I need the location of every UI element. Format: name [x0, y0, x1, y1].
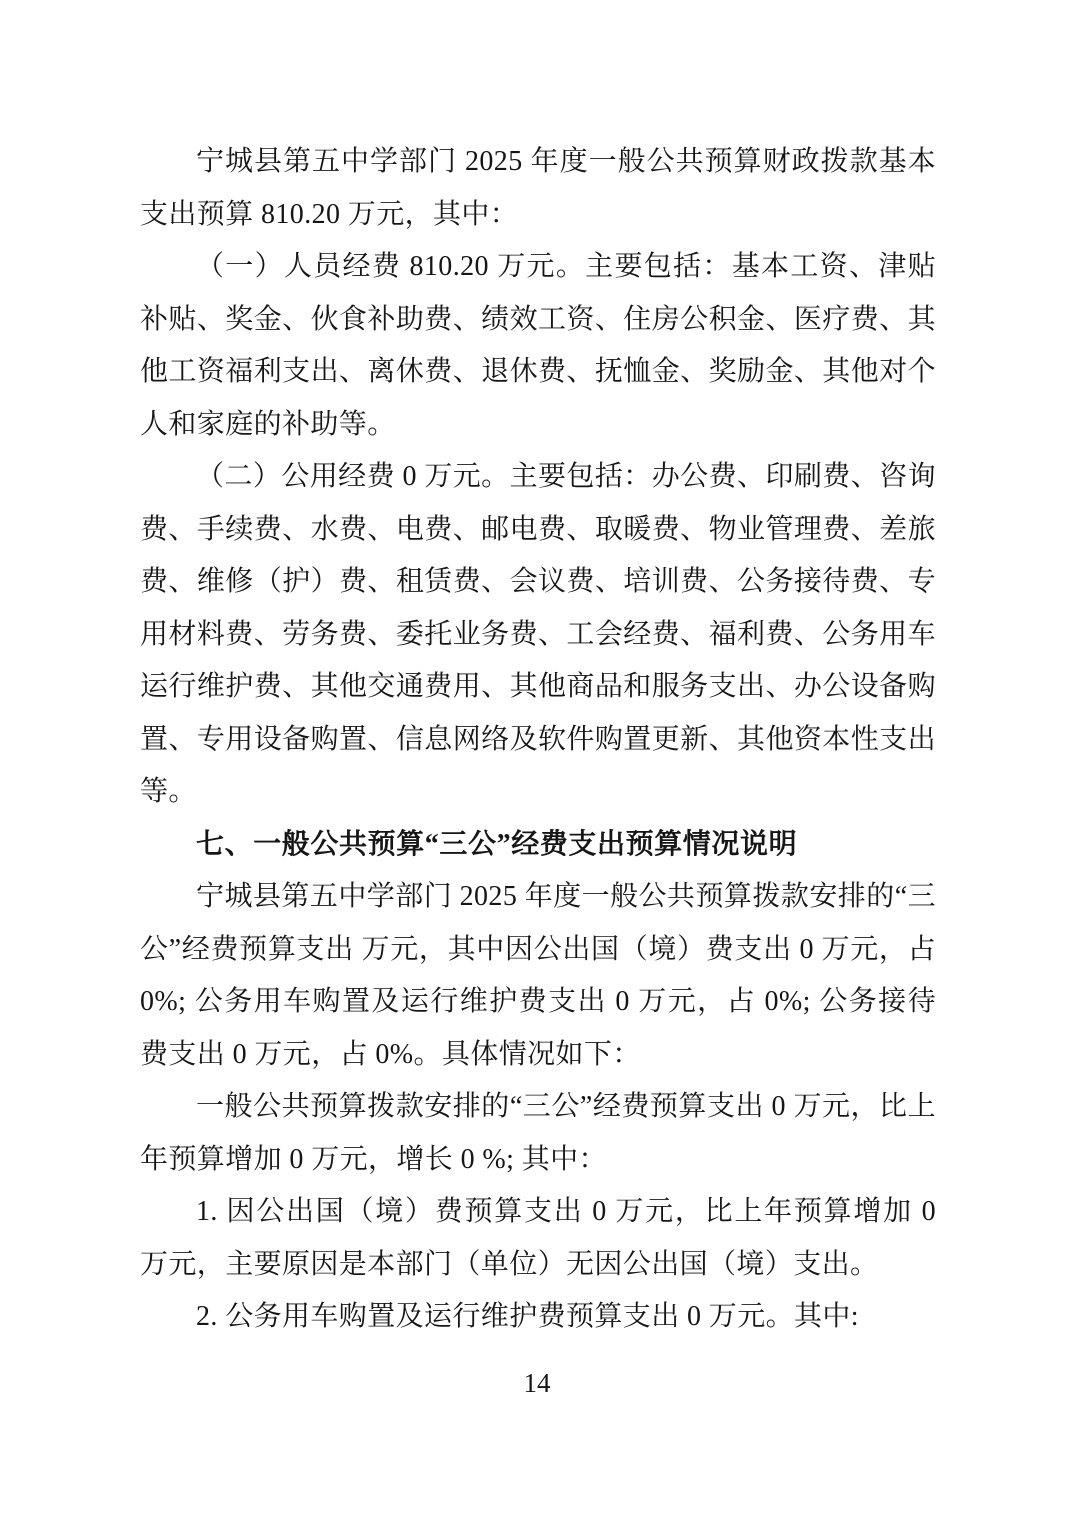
page-footer: 14	[0, 1368, 1074, 1399]
para-sangong-total: 一般公共预算拨款安排的“三公”经费预算支出 0 万元，比上年预算增加 0 万元，…	[140, 1081, 936, 1186]
para-basic-expenditure-total: 宁城县第五中学部门 2025 年度一般公共预算财政拨款基本支出预算 810.20…	[140, 136, 936, 241]
page-number: 14	[524, 1368, 551, 1398]
para-sangong-overview: 宁城县第五中学部门 2025 年度一般公共预算拨款安排的“三公”经费预算支出 万…	[140, 871, 936, 1081]
para-abroad-expense: 1. 因公出国（境）费预算支出 0 万元，比上年预算增加 0 万元，主要原因是本…	[140, 1186, 936, 1291]
heading-sangong-section: 七、一般公共预算“三公”经费支出预算情况说明	[140, 819, 936, 872]
document-body: 宁城县第五中学部门 2025 年度一般公共预算财政拨款基本支出预算 810.20…	[140, 136, 936, 1344]
para-personnel-funds: （一）人员经费 810.20 万元。主要包括：基本工资、津贴补贴、奖金、伙食补助…	[140, 241, 936, 451]
para-public-funds: （二）公用经费 0 万元。主要包括：办公费、印刷费、咨询费、手续费、水费、电费、…	[140, 451, 936, 819]
document-page: 宁城县第五中学部门 2025 年度一般公共预算财政拨款基本支出预算 810.20…	[0, 0, 1074, 1520]
para-vehicle-expense: 2. 公务用车购置及运行维护费预算支出 0 万元。其中:	[140, 1291, 936, 1344]
